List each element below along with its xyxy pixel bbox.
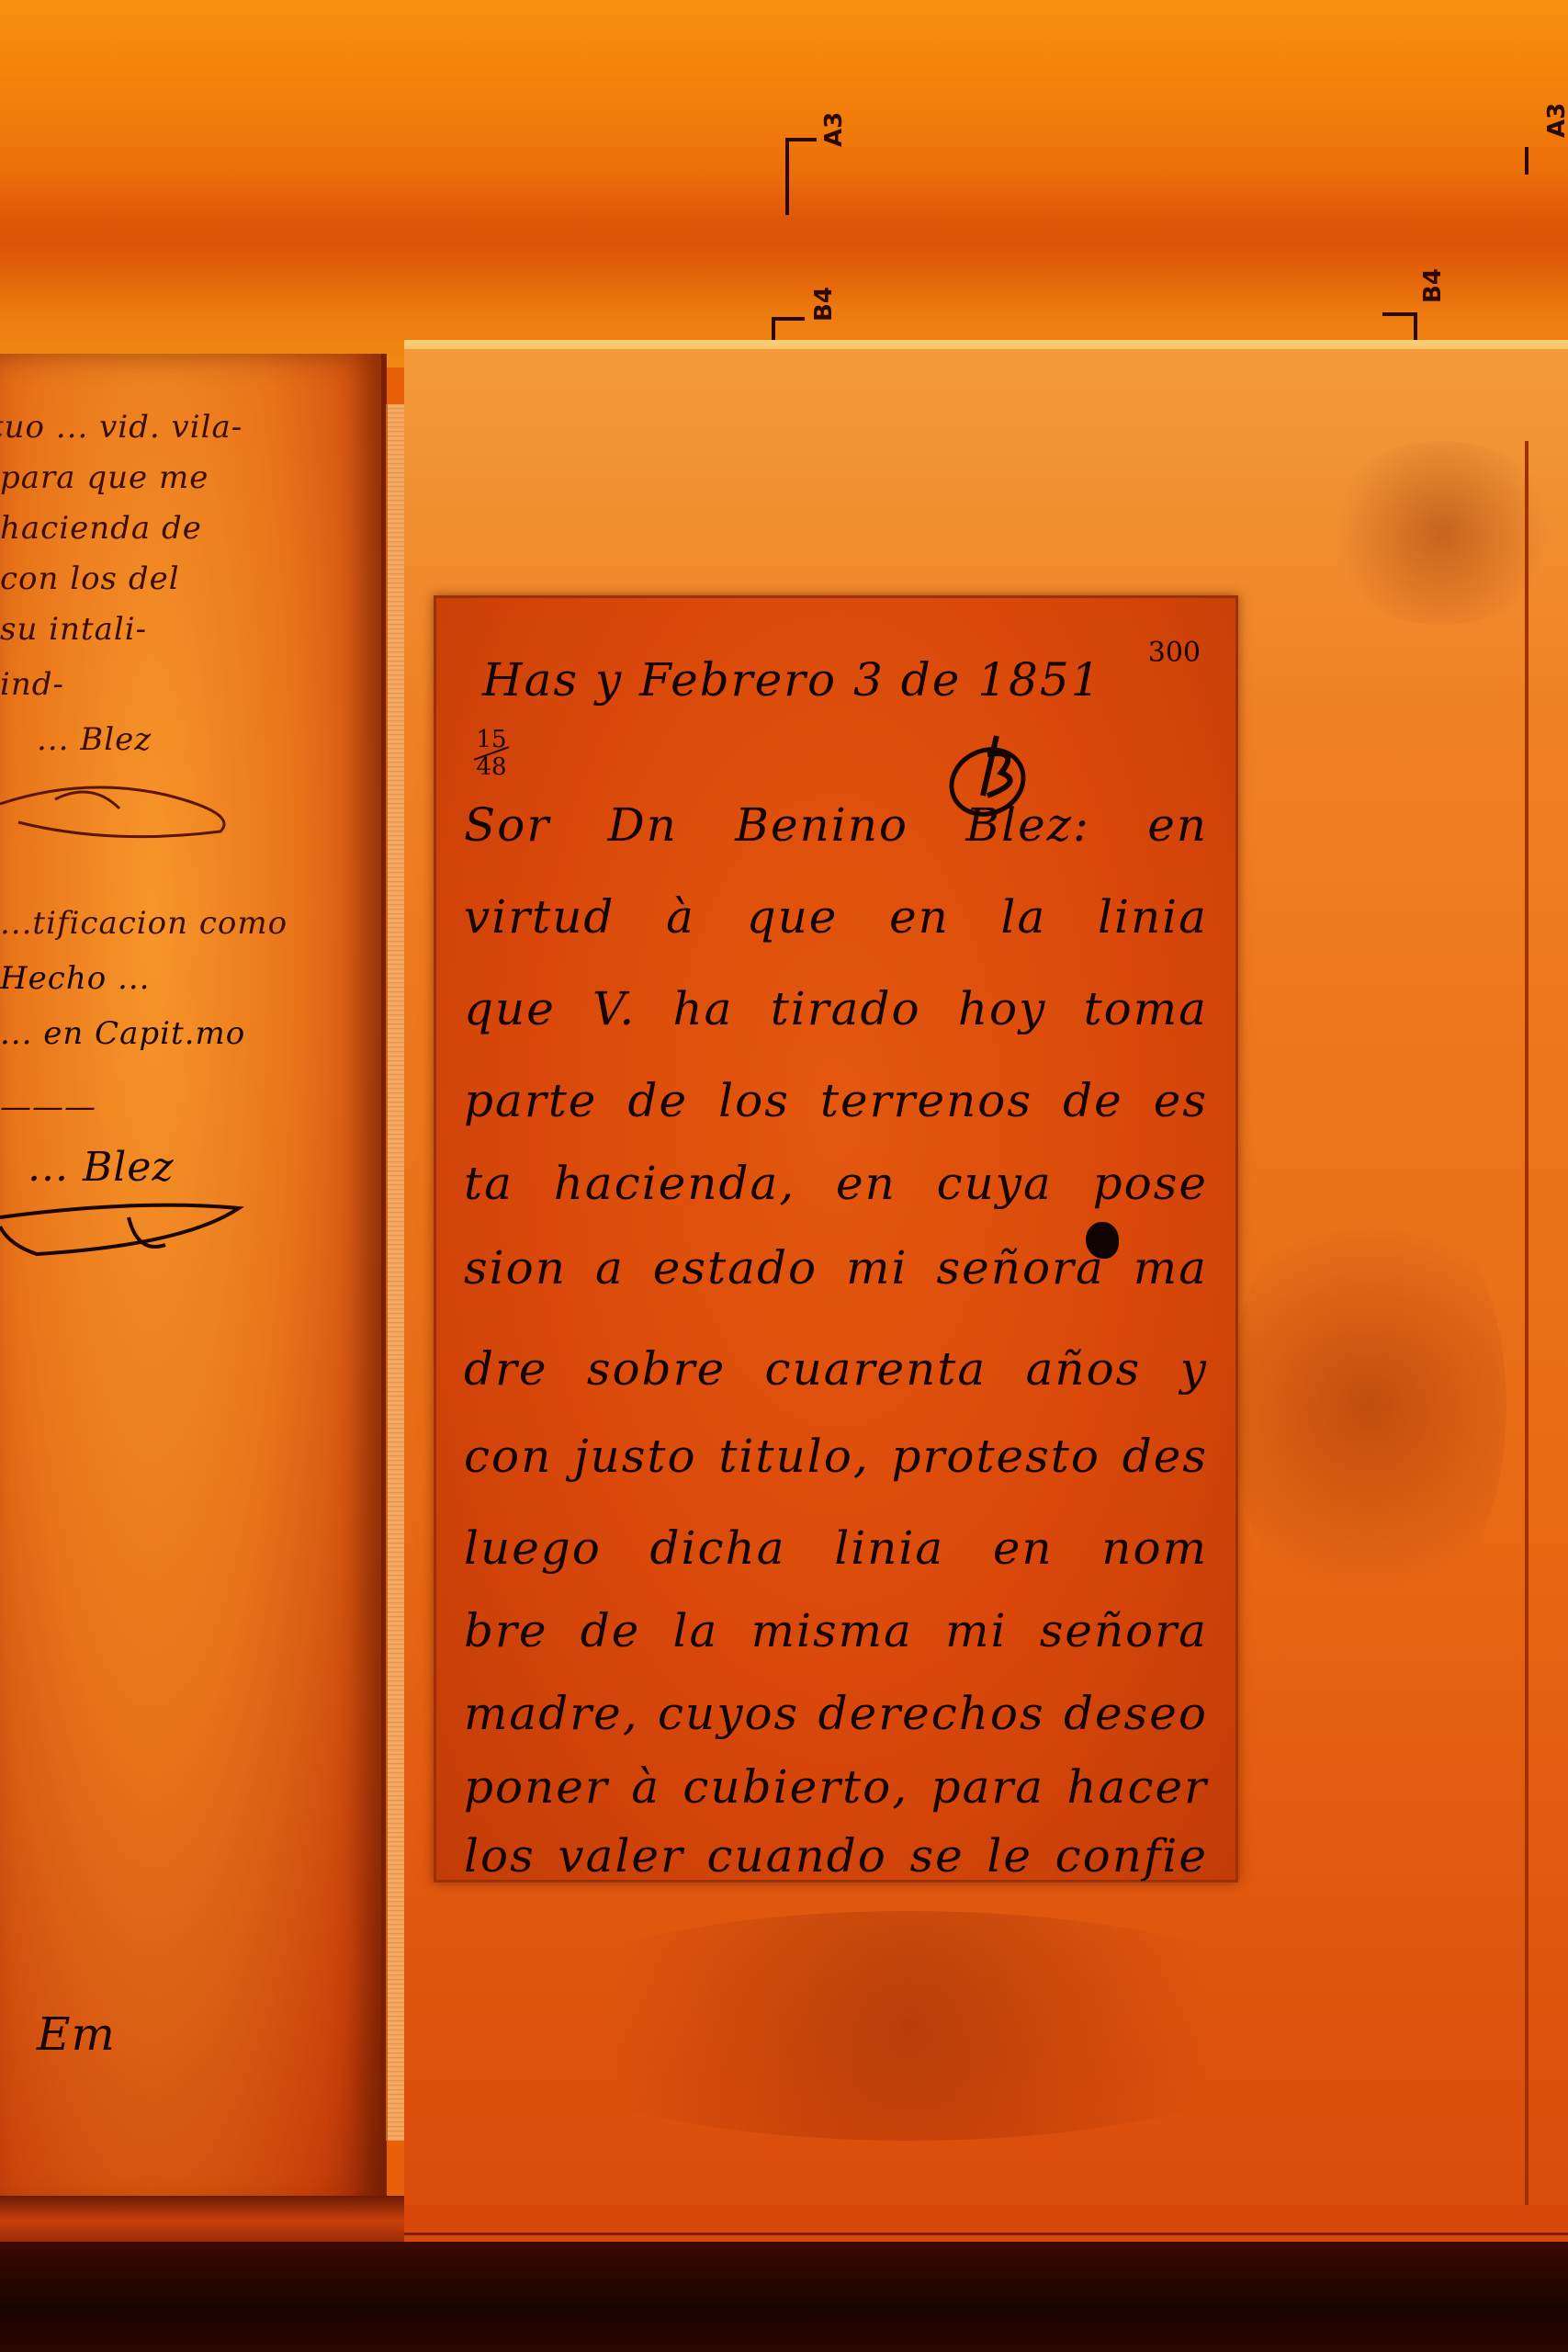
letter-line: que V. ha tirado hoy toma [464, 982, 1208, 1035]
letter-line: ta hacienda, en cuya pose [464, 1157, 1208, 1210]
ink-blot [1086, 1222, 1119, 1259]
letter-line: dre sobre cuarenta años y [464, 1342, 1208, 1396]
left-book-page: tuo ... vid. vila- para que me hacienda … [0, 354, 387, 2210]
letter-line: madre, cuyos derechos deseo [464, 1687, 1208, 1740]
left-page-line: su intali- [0, 611, 147, 648]
left-page-line: tuo ... vid. vila- [0, 409, 243, 446]
left-page-line: ind- [0, 666, 64, 703]
letter-line: bre de la misma mi señora [464, 1604, 1208, 1657]
archive-reference: 15 48 [473, 729, 510, 778]
letter-line: parte de los terrenos de es [464, 1074, 1208, 1127]
sheet-bottom-edge [360, 2205, 1568, 2235]
letter-line: los valer cuando se le confie [464, 1829, 1208, 1883]
left-page-line: para que me [0, 459, 209, 496]
signature-flourish-icon [0, 758, 257, 841]
left-page-signature: ... Blez [28, 1144, 175, 1191]
left-page-line: hacienda de [0, 510, 202, 547]
letter-dateline: Has y Febrero 3 de 1851 [482, 653, 1144, 707]
left-page-divider: ——— [0, 1089, 96, 1125]
folio-number: 300 [1148, 637, 1201, 669]
signature-flourish-icon [0, 1190, 257, 1272]
letter-line: luego dicha linia en nom [464, 1521, 1208, 1575]
left-page-initial: Em [37, 2007, 116, 2061]
left-page-line: ...tificacion como [0, 905, 288, 942]
left-page-line: con los del [0, 560, 180, 597]
left-page-line: Hecho ... [0, 960, 150, 997]
left-page-signature: ... Blez [37, 721, 152, 758]
left-page-line: ... en Capit.mo [0, 1015, 245, 1052]
sheet-edge-line [1525, 441, 1529, 2233]
bottom-shadow [0, 2242, 1568, 2352]
letter-line: poner à cubierto, para hacer [464, 1760, 1208, 1814]
letter-line: Sor Dn Benino Blez: en [464, 798, 1208, 852]
letter-line: con justo titulo, protesto des [464, 1430, 1208, 1483]
letter-line: virtud à que en la linia [464, 890, 1208, 944]
shadow-band [0, 175, 1568, 312]
